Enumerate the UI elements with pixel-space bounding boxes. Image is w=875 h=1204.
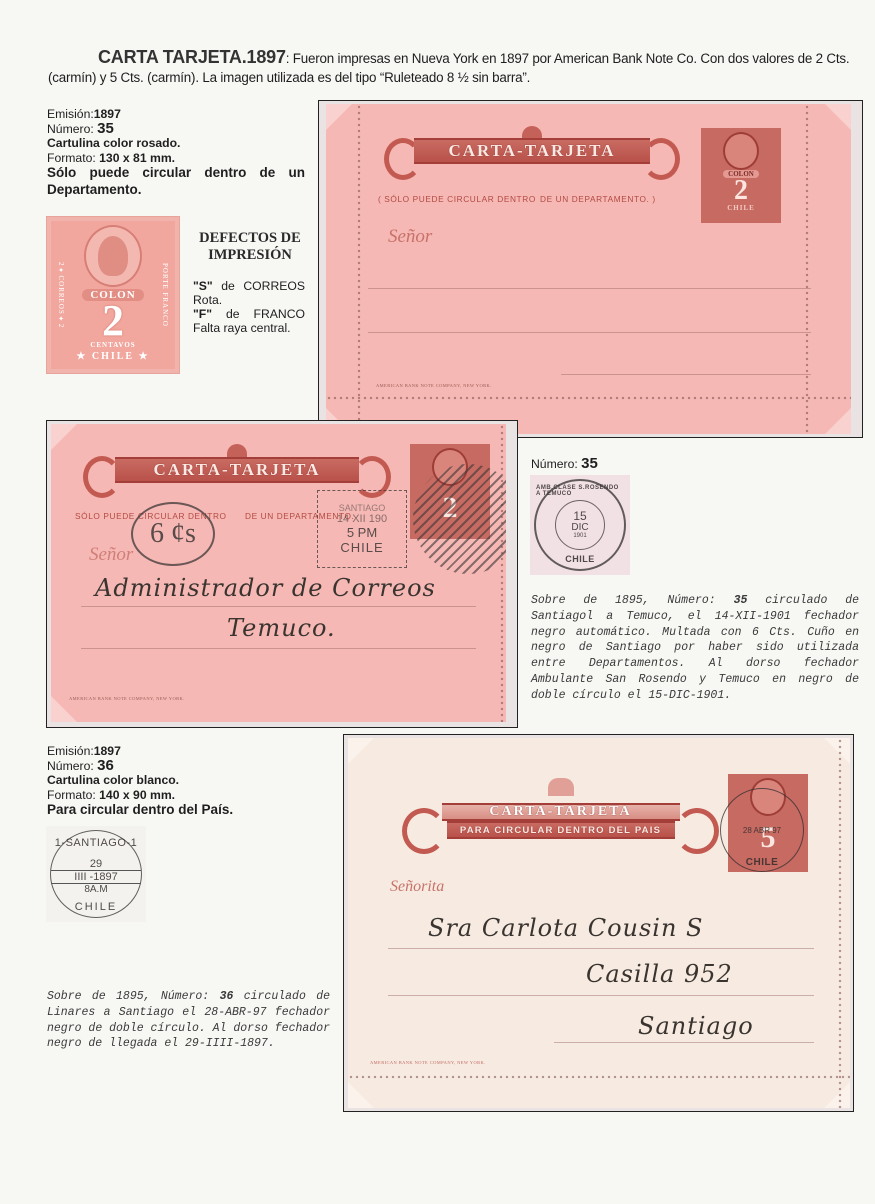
santiago-box-postmark: SANTIAGO 14 XII 190 5 PM CHILE [317, 490, 407, 568]
address-line [561, 374, 811, 375]
formato-value: 140 x 90 mm. [99, 788, 175, 802]
stamp-centavos-label: CENTAVOS [90, 341, 135, 349]
postmark-month: DIC [571, 523, 588, 534]
postmark-line: 14 XII 190 [337, 513, 387, 525]
carta-tarjeta-banner: CARTA-TARJETA PARA CIRCULAR DENTRO DEL P… [398, 778, 723, 860]
formato-label: Formato: [47, 151, 99, 165]
salutation: Señorita [390, 878, 444, 896]
card-35-used: CARTA-TARJETA SÓLO PUEDE CIRCULAR DENTRO… [51, 424, 506, 722]
postmark-bottom-text: CHILE [565, 554, 595, 564]
numero-35-label: Número: 35 [531, 457, 598, 472]
stamp-country-row: ★ CHILE ★ [76, 351, 149, 362]
banner-text: CARTA-TARJETA [115, 457, 359, 483]
postmark-value: 6 ¢s [150, 518, 196, 550]
address-handwriting: Temuco. [227, 614, 336, 642]
multado-oval-postmark: 6 ¢s [131, 502, 215, 566]
stamp-country: CHILE [92, 351, 134, 362]
perforation-right [805, 104, 809, 434]
desc-text: circulado de Santiagol a Temuco, el 14-X… [531, 594, 859, 702]
address-line [554, 1042, 814, 1043]
cartulina-text: Cartulina color blanco. [47, 773, 179, 787]
postmark-date: IIII -1897 [51, 870, 141, 884]
mount-corner [824, 738, 850, 764]
formato-label: Formato: [47, 788, 99, 802]
carta-tarjeta-banner: CARTA-TARJETA [378, 126, 686, 182]
portrait-oval [84, 225, 142, 287]
imprinted-stamp-2c: COLON 2 CHILE [701, 128, 781, 223]
stamp-country: CHILE [727, 204, 755, 212]
postmark-day: 15 [573, 510, 586, 523]
columbus-portrait-icon [98, 236, 128, 276]
address-line [368, 332, 811, 333]
perforation-bottom [348, 1075, 850, 1079]
salutation: Señor [89, 544, 133, 566]
postmark-day: 29 [90, 858, 102, 870]
postmark-ring-text: 1-SANTIAGO-1 [55, 837, 137, 849]
mount-corner [348, 1082, 374, 1108]
address-handwriting: Casilla 952 [586, 960, 733, 988]
card-35-used-frame: CARTA-TARJETA SÓLO PUEDE CIRCULAR DENTRO… [46, 420, 518, 728]
numero-value: 35 [581, 455, 598, 472]
scroll-ornament-icon [402, 808, 446, 854]
page-title: CARTA TARJETA.1897 [98, 47, 286, 67]
address-line [81, 606, 476, 607]
emision-label: Emisión: [47, 744, 94, 758]
stamp-value: 2 [102, 301, 124, 341]
printer-imprint: AMERICAN BANK NOTE COMPANY, NEW YORK. [370, 1060, 486, 1065]
numero-value: 36 [97, 757, 114, 774]
card-subtitle-right: DE UN DEPARTAMENTO. ) [540, 194, 656, 204]
mount-corner [825, 408, 851, 434]
item-35-info: Emisión:1897 Número: 35 Cartulina color … [47, 107, 305, 198]
defects-text: "S" de CORREOS Rota. "F" de FRANCO Falta… [193, 279, 305, 335]
mount-corner [51, 424, 77, 450]
postmark-line: 5 PM [347, 525, 377, 540]
numero-label: Número: [47, 122, 97, 136]
barred-cancellation [413, 464, 506, 574]
banner-subtitle: PARA CIRCULAR DENTRO DEL PAIS [447, 821, 675, 839]
defect-f-quote: "F" [193, 307, 212, 321]
perforation-right [838, 738, 842, 1108]
address-line [388, 948, 814, 949]
banner-text: CARTA-TARJETA [442, 803, 680, 821]
card-36-used: CARTA-TARJETA PARA CIRCULAR DENTRO DEL P… [348, 738, 850, 1108]
formato-value: 130 x 81 mm. [99, 151, 175, 165]
mount-corner [824, 1082, 850, 1108]
banner-text: CARTA-TARJETA [414, 138, 650, 164]
postmark-line: SANTIAGO [339, 503, 386, 513]
card-36-used-frame: CARTA-TARJETA PARA CIRCULAR DENTRO DEL P… [343, 734, 854, 1112]
perforation-left [357, 104, 361, 434]
postmark-bottom-text: CHILE [75, 901, 117, 913]
stamp-detail-image: 2✦CORREOS✦2 PORTE FRANCO COLON 2 CENTAVO… [46, 216, 180, 374]
printer-imprint: AMERICAN BANK NOTE COMPANY, NEW YORK. [69, 696, 185, 701]
perforation-right [500, 424, 504, 722]
numero-label: Número: [531, 457, 581, 471]
santiago-postmark-sample: 1-SANTIAGO-1 29 IIII -1897 8A.M CHILE [46, 826, 146, 922]
address-line [81, 648, 476, 649]
circulation-text: Para circular dentro del País. [47, 802, 307, 819]
postmark-time: 8A.M [84, 884, 107, 895]
item-36-info: Emisión:1897 Número: 36 Cartulina color … [47, 744, 307, 819]
crest-ornament-icon [227, 444, 247, 458]
postmark-year: 1901 [573, 533, 586, 539]
address-handwriting: Sra Carlota Cousin S [428, 914, 704, 942]
numero-label: Número: [47, 759, 97, 773]
description-35: Sobre de 1895, Número: 35 circulado de S… [531, 593, 859, 704]
cartulina-text: Cartulina color rosado. [47, 136, 180, 150]
emision-label: Emisión: [47, 107, 94, 121]
description-36: Sobre de 1895, Número: 36 circulado de L… [47, 989, 330, 1052]
postmark-bottom-text: CHILE [746, 857, 779, 868]
desc-number: 36 [220, 990, 234, 1003]
desc-prefix: Sobre de 1895, Número: [47, 990, 220, 1003]
defects-title: DEFECTOS DE IMPRESIÓN [186, 230, 314, 263]
defect-s-quote: "S" [193, 279, 213, 293]
mount-corner [348, 738, 374, 764]
postmark-line: CHILE [340, 540, 383, 555]
mount-corner [825, 104, 851, 130]
printer-imprint: AMERICAN BANK NOTE COMPANY, NEW YORK. [376, 383, 492, 388]
card-35-unused: CARTA-TARJETA ( SÓLO PUEDE CIRCULAR DENT… [326, 104, 851, 434]
stamp-side-right: PORTE FRANCO [159, 221, 171, 369]
card-35-unused-frame: CARTA-TARJETA ( SÓLO PUEDE CIRCULAR DENT… [318, 100, 863, 438]
linares-postmark: 28 ABR 97 CHILE [720, 788, 804, 872]
portrait-oval [723, 132, 759, 170]
scroll-ornament-icon [675, 808, 719, 854]
numero-value: 35 [97, 120, 114, 137]
address-handwriting: Administrador de Correos [95, 574, 436, 602]
address-line [368, 288, 811, 289]
card-subtitle-left: ( SÓLO PUEDE CIRCULAR DENTRO [378, 194, 536, 204]
address-handwriting: Santiago [638, 1012, 754, 1040]
page-header: CARTA TARJETA.1897: Fueron impresas en N… [48, 48, 863, 87]
postmark-date: 28 ABR 97 [743, 826, 781, 835]
salutation: Señor [388, 226, 432, 248]
perforation-bottom [326, 396, 851, 400]
banner-group: CARTA-TARJETA PARA CIRCULAR DENTRO DEL P… [442, 803, 680, 839]
stamp-value: 2 [734, 178, 748, 204]
circulation-text: Sólo puede circular dentro de un Departa… [47, 165, 305, 198]
ambulante-postmark-sample: 15 DIC 1901 AMB.CLASE S.ROSENDO A TEMUCO… [530, 475, 630, 575]
desc-number: 35 [734, 594, 748, 607]
mount-corner [326, 104, 352, 130]
crest-ornament-icon [548, 778, 574, 796]
postmark-ring-text: AMB.CLASE S.ROSENDO A TEMUCO [536, 485, 624, 497]
address-line [388, 995, 814, 996]
desc-prefix: Sobre de 1895, Número: [531, 594, 734, 607]
stamp-side-left: 2✦CORREOS✦2 [55, 221, 67, 369]
